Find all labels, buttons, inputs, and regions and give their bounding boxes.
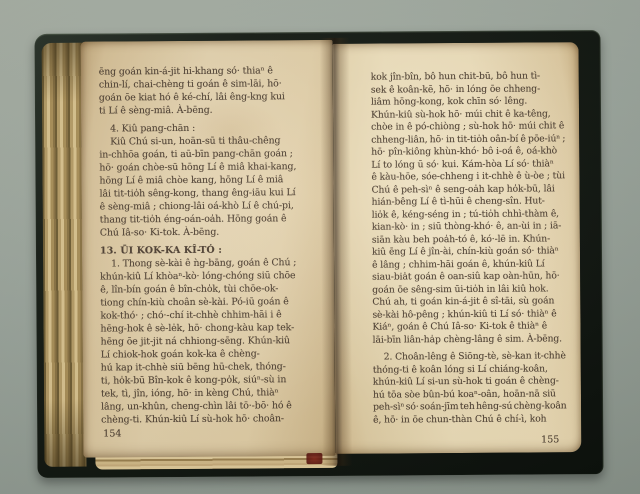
text-line: siau-bia̍t goán ê oan-siû kap oàn-hūn, h… xyxy=(372,270,566,284)
left-page-number: 154 xyxy=(103,428,121,439)
text-line: ti, ho̍k-bū Bîn-kok ê kong-po̍k, siúⁿ-sù… xyxy=(101,373,313,387)
text-line: 2. Choân-lêng ê Siōng-tè, sè-kan it-chhè xyxy=(373,350,567,364)
text-line: kok jîn-bîn, bô hun chit-bū, bô hun tì- xyxy=(371,70,565,84)
text-line: hō· pîn-kiông khùn-khó· bô i-oá ê, oá-kh… xyxy=(371,145,565,159)
text-line: Kiáⁿ, goán ê Chú Iâ-so· Ki-tok ê thiàⁿ ê xyxy=(372,320,566,334)
text-line: ti Lí ê sèng-miâ. À-bēng. xyxy=(99,103,311,117)
left-page-text: ēng goán kin-á-jit hi-khang só· thiaⁿ êc… xyxy=(99,64,314,426)
text-line: Chú Iâ-so· Ki-tok. À-bēng. xyxy=(100,225,312,239)
photo-background: ēng goán kin-á-jit hi-khang só· thiaⁿ êc… xyxy=(0,0,640,494)
text-line: khún-kiû Lí si-un sù-hok ti goán ê chèng… xyxy=(373,375,567,389)
text-line: ê, hō· in ōe chun-thàn Chú ê chí-ì, koh xyxy=(373,413,567,427)
text-line: hián-bêng Lí ê tì-hūi ê cheng-sîn. Hut- xyxy=(372,195,566,209)
right-page-number: 155 xyxy=(373,434,559,446)
book: ēng goán kin-á-jit hi-khang só· thiaⁿ êc… xyxy=(34,30,603,478)
text-line: chèng-ti. Khún-kiû Lí sù-hok hō· choân- xyxy=(101,412,313,426)
text-line: thang tit-tio̍h éng-oán-oa̍h. Hōng goán … xyxy=(100,212,312,226)
text-line: lāi-bīn liân-ha̍p chèng-lâng ê sim. À-bē… xyxy=(373,333,567,347)
text-line: goán ōe kiat hó ê ké-chí, lâi êng-kng ku… xyxy=(99,90,311,104)
text-line: Chú ah, ti goán kin-á-jit ê sî-tāi, sù g… xyxy=(372,295,566,309)
text-line: kian-kò· in ; siū thòng-khó· ê, an-ùi in… xyxy=(372,220,566,234)
text-line: chòe in ê pó-chiòng ; sù-hok hō· múi chi… xyxy=(371,120,565,134)
text-line: kiû ēng Lí ê jîn-ài, chín-kiù goán só· t… xyxy=(372,245,566,259)
text-line: peh-sìⁿ só· soán-jīm teh hêng-sú chèng-k… xyxy=(373,400,567,414)
text-line: khún-kiû Lí khòaⁿ-kò· lóng-chóng siū chō… xyxy=(100,269,312,283)
page-fore-edge-left xyxy=(42,43,87,467)
right-page-text: kok jîn-bîn, bô hun chit-bū, bô hun tì-s… xyxy=(371,70,567,426)
text-line: ê kàu-hōe, sóe-chheng i it-chhè ê ù-òe ;… xyxy=(371,170,565,184)
red-page-edge xyxy=(306,453,322,464)
text-line: hēng ōe jit-jit ná chhiong-sēng. Khún-ki… xyxy=(101,334,313,348)
text-line: sek ê koân-kē, hō· in lóng ōe chheng- xyxy=(371,83,565,97)
